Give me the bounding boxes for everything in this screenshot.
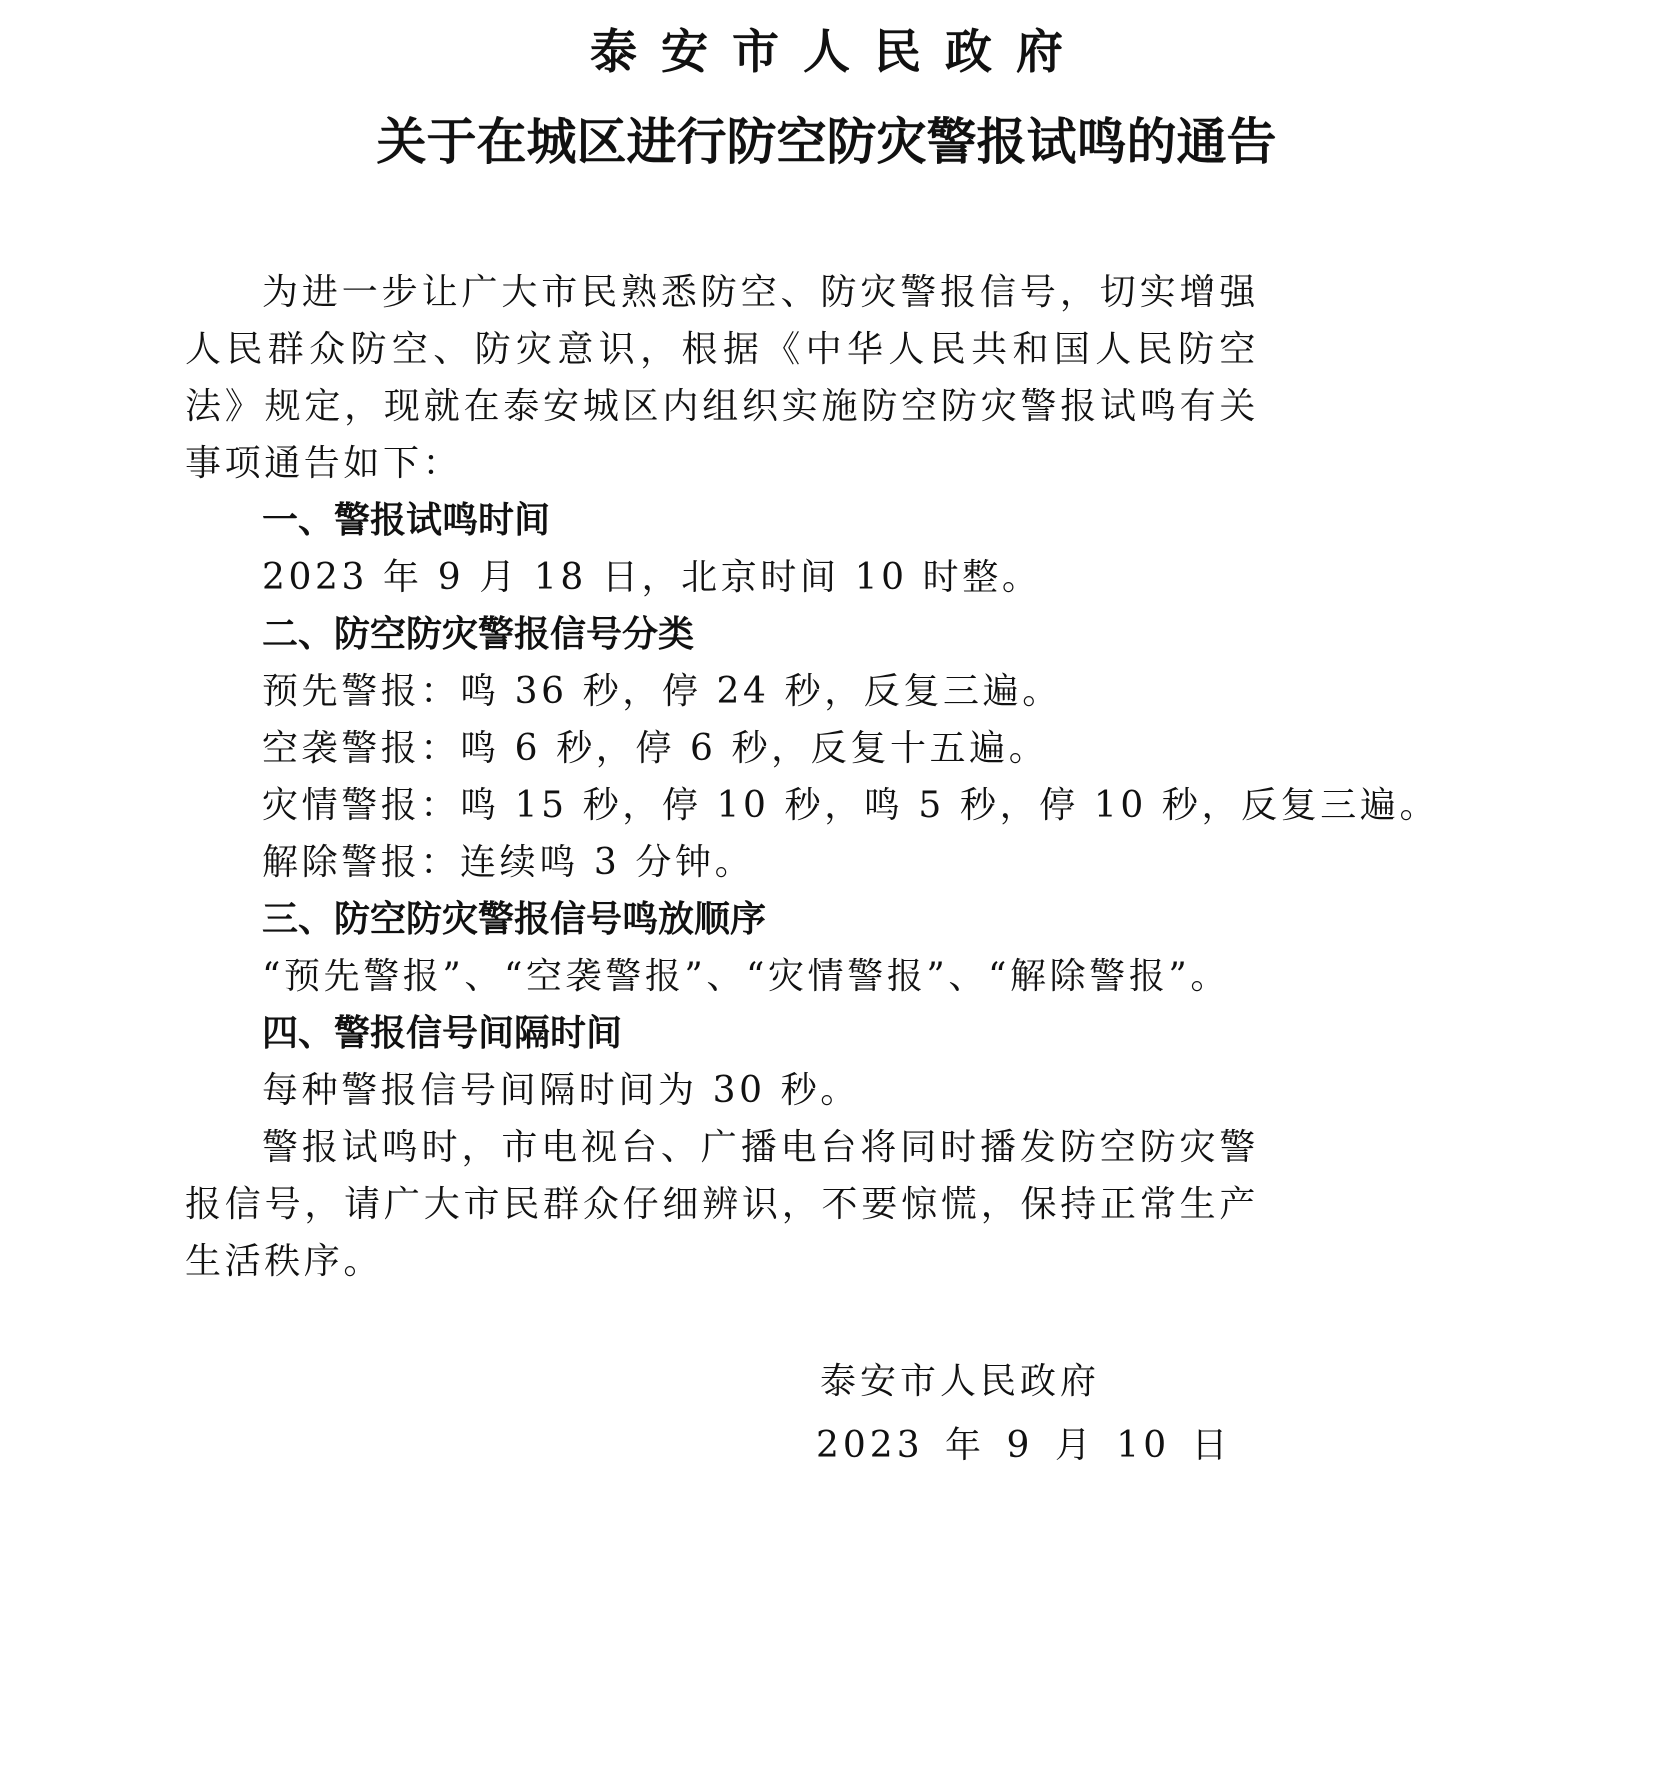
signature-block: 泰安市人民政府 2023 年 9 月 10 日 [820, 1350, 1232, 1478]
section-line: 空袭警报：鸣 6 秒，停 6 秒，反复十五遍。 [185, 720, 1259, 777]
document-title-issuer: 泰安市人民政府 [0, 18, 1653, 88]
section-line: “预先警报”、“空袭警报”、“灾情警报”、“解除警报”。 [185, 948, 1259, 1005]
section-heading: 一、警报试鸣时间 [185, 492, 1259, 549]
document-body: 为进一步让广大市民熟悉防空、防灾警报信号，切实增强人民群众防空、防灾意识，根据《… [185, 264, 1259, 1290]
section-line: 解除警报：连续鸣 3 分钟。 [185, 834, 1259, 891]
section-2: 二、防空防灾警报信号分类 预先警报：鸣 36 秒，停 24 秒，反复三遍。 空袭… [185, 606, 1259, 891]
document-title-subject: 关于在城区进行防空防灾警报试鸣的通告 [0, 108, 1653, 176]
section-3: 三、防空防灾警报信号鸣放顺序 “预先警报”、“空袭警报”、“灾情警报”、“解除警… [185, 891, 1259, 1005]
section-1: 一、警报试鸣时间 2023 年 9 月 18 日，北京时间 10 时整。 [185, 492, 1259, 606]
closing-paragraph: 警报试鸣时，市电视台、广播电台将同时播发防空防灾警报信号，请广大市民群众仔细辨识… [185, 1119, 1259, 1290]
section-4: 四、警报信号间隔时间 每种警报信号间隔时间为 30 秒。 [185, 1005, 1259, 1119]
section-line: 预先警报：鸣 36 秒，停 24 秒，反复三遍。 [185, 663, 1259, 720]
signature-issuer: 泰安市人民政府 [820, 1350, 1232, 1414]
signature-date: 2023 年 9 月 10 日 [816, 1414, 1232, 1478]
section-line: 2023 年 9 月 18 日，北京时间 10 时整。 [185, 549, 1259, 606]
section-line: 灾情警报：鸣 15 秒，停 10 秒，鸣 5 秒，停 10 秒，反复三遍。 [185, 777, 1259, 834]
section-heading: 二、防空防灾警报信号分类 [185, 606, 1259, 663]
section-line: 每种警报信号间隔时间为 30 秒。 [185, 1062, 1259, 1119]
intro-paragraph: 为进一步让广大市民熟悉防空、防灾警报信号，切实增强人民群众防空、防灾意识，根据《… [185, 264, 1259, 492]
section-heading: 三、防空防灾警报信号鸣放顺序 [185, 891, 1259, 948]
notice-page: 泰安市人民政府 关于在城区进行防空防灾警报试鸣的通告 为进一步让广大市民熟悉防空… [0, 0, 1653, 1785]
section-heading: 四、警报信号间隔时间 [185, 1005, 1259, 1062]
